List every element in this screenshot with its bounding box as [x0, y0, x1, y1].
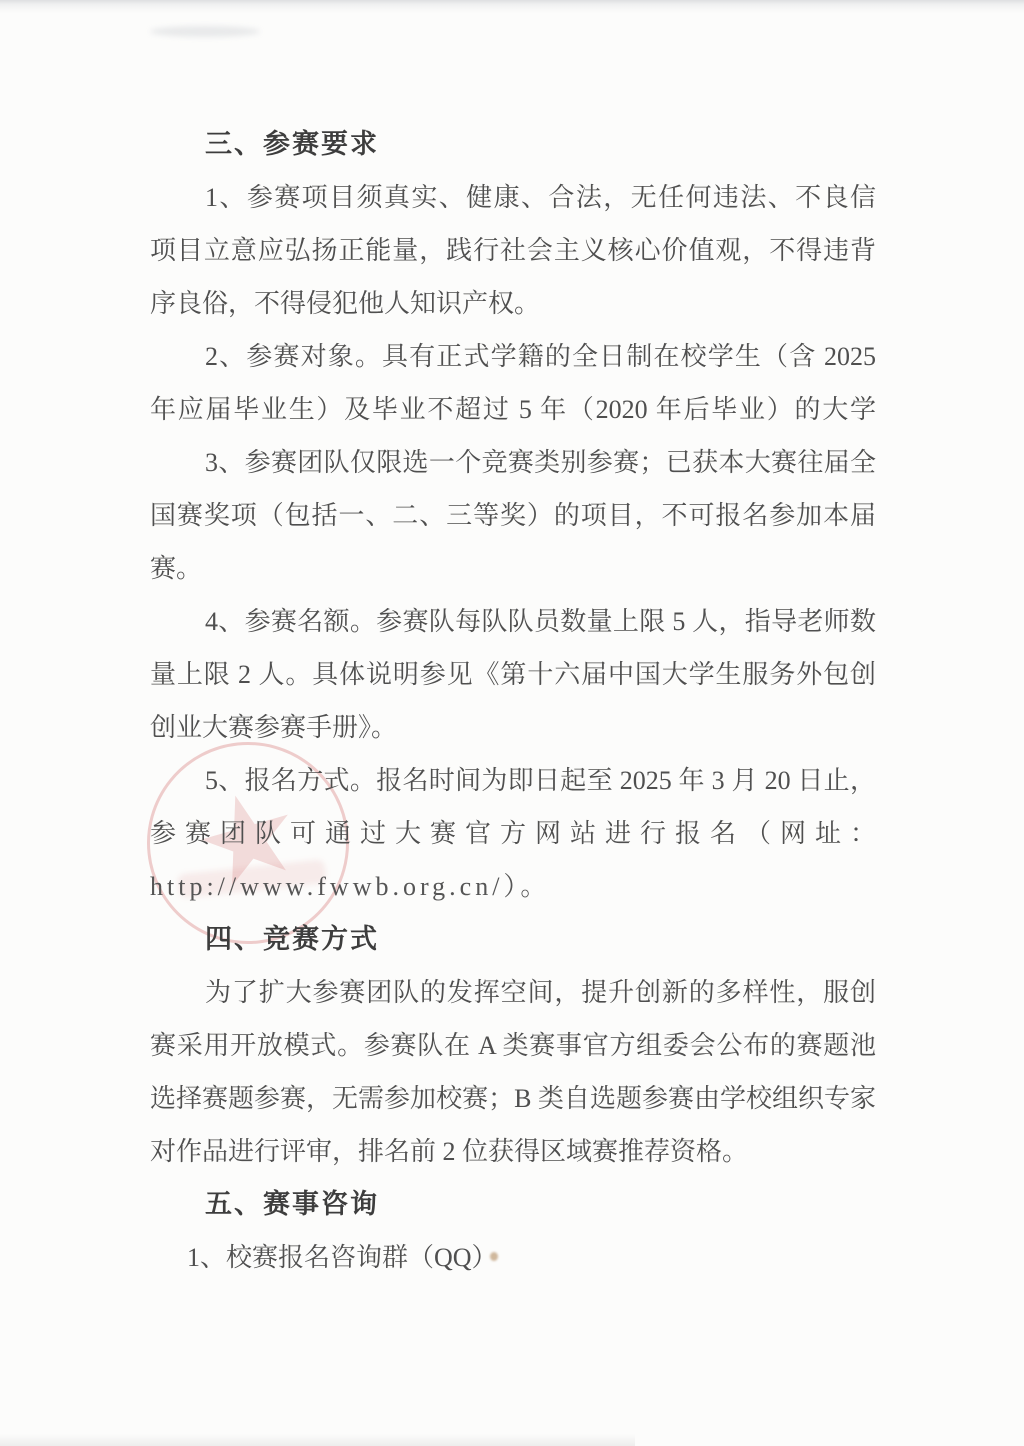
scanned-document-page: ★ 三、参赛要求 1、参赛项目须真实、健康、合法，无任何违法、不良信息， 项目立… — [0, 0, 1024, 1446]
text-line: 1、参赛项目须真实、健康、合法，无任何违法、不良信息， — [150, 171, 876, 224]
text-line: 量上限 2 人。具体说明参见《第十六届中国大学生服务外包创新 — [150, 648, 876, 701]
text-line: 赛。 — [150, 542, 876, 595]
text-line: 创业大赛参赛手册》。 — [150, 701, 876, 754]
text-line: 选择赛题参赛，无需参加校赛；B 类自选题参赛由学校组织专家 — [150, 1072, 876, 1125]
scan-smudge — [150, 26, 260, 37]
text-line: 年应届毕业生）及毕业不超过 5 年（2020 年后毕业）的大学生。 — [150, 383, 876, 436]
text-line: 5、报名方式。报名时间为即日起至 2025 年 3 月 20 日止， — [150, 754, 876, 807]
document-body: 三、参赛要求 1、参赛项目须真实、健康、合法，无任何违法、不良信息， 项目立意应… — [150, 118, 876, 1284]
text-line: 项目立意应弘扬正能量，践行社会主义核心价值观，不得违背公 — [150, 224, 876, 277]
section-heading-requirements: 三、参赛要求 — [150, 118, 876, 171]
text-line: 序良俗，不得侵犯他人知识产权。 — [150, 277, 876, 330]
text-line: 2、参赛对象。具有正式学籍的全日制在校学生（含 2025 — [150, 330, 876, 383]
text-line: 对作品进行评审，排名前 2 位获得区域赛推荐资格。 — [150, 1125, 876, 1178]
section-heading-consultation: 五、赛事咨询 — [150, 1178, 876, 1231]
section-heading-competition-mode: 四、竞赛方式 — [150, 913, 876, 966]
text-line: 3、参赛团队仅限选一个竞赛类别参赛；已获本大赛往届全 — [150, 436, 876, 489]
text-line: 4、参赛名额。参赛队每队队员数量上限 5 人，指导老师数 — [150, 595, 876, 648]
text-line: 国赛奖项（包括一、二、三等奖）的项目，不可报名参加本届大 — [150, 489, 876, 542]
scanner-edge-artifact-bottom — [0, 1434, 635, 1446]
scanner-edge-artifact-top — [0, 0, 1024, 14]
text-line: 赛采用开放模式。参赛队在 A 类赛事官方组委会公布的赛题池中 — [150, 1019, 876, 1072]
text-line: 参赛团队可通过大赛官方网站进行报名（网址： — [150, 807, 876, 860]
text-line-qq-group: 1、校赛报名咨询群（QQ） — [150, 1231, 876, 1284]
registration-url: http://www.fwwb.org.cn/）。 — [150, 860, 876, 913]
text-line: 为了扩大参赛团队的发挥空间，提升创新的多样性，服创大 — [150, 966, 876, 1019]
